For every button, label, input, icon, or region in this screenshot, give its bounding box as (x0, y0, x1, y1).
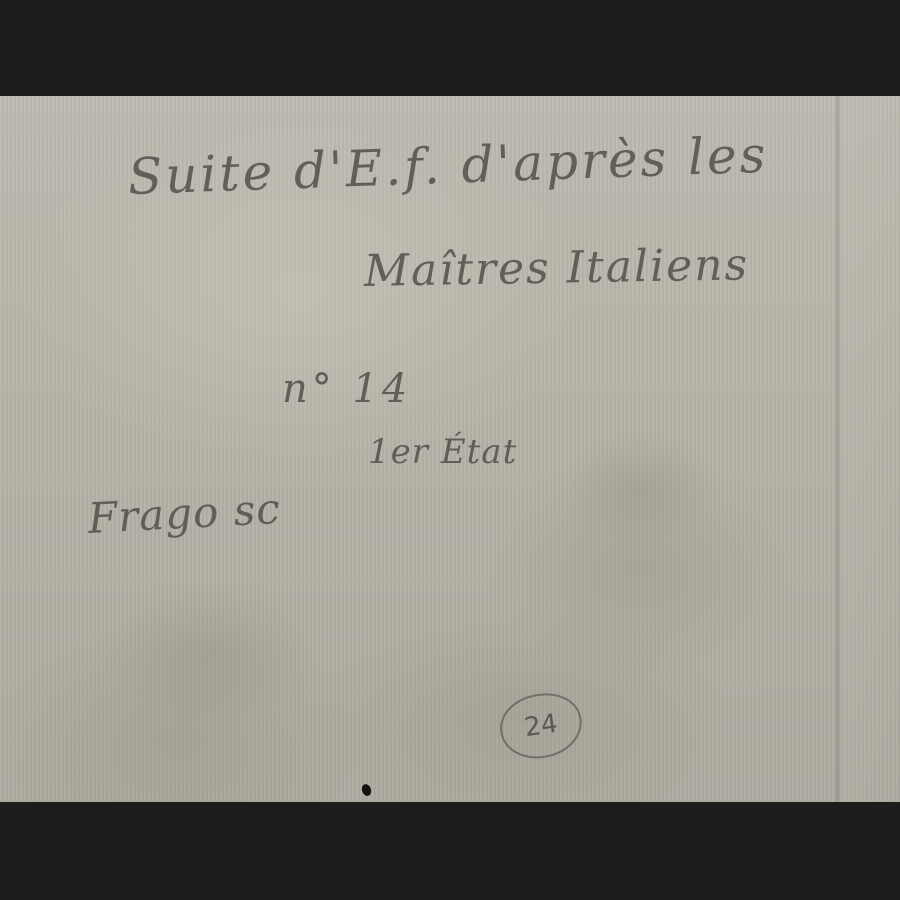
circled-inventory-number: 24 (496, 689, 586, 764)
plate-mark-line (836, 96, 900, 802)
foxing-stain (100, 576, 320, 726)
annotation-number: n° 14 (282, 366, 411, 412)
annotation-artist: Frago sc (87, 484, 282, 543)
annotation-state: 1er État (368, 432, 517, 472)
ink-dot (360, 783, 373, 797)
annotation-title-line: Suite d'E.f. d'après les (127, 126, 769, 206)
annotation-subtitle-line: Maîtres Italiens (364, 239, 750, 297)
foxing-stain (560, 426, 720, 546)
inventory-number-text: 24 (523, 709, 560, 743)
paper-sheet: Suite d'E.f. d'après les Maîtres Italien… (0, 96, 900, 802)
photo-frame: Suite d'E.f. d'après les Maîtres Italien… (0, 0, 900, 900)
